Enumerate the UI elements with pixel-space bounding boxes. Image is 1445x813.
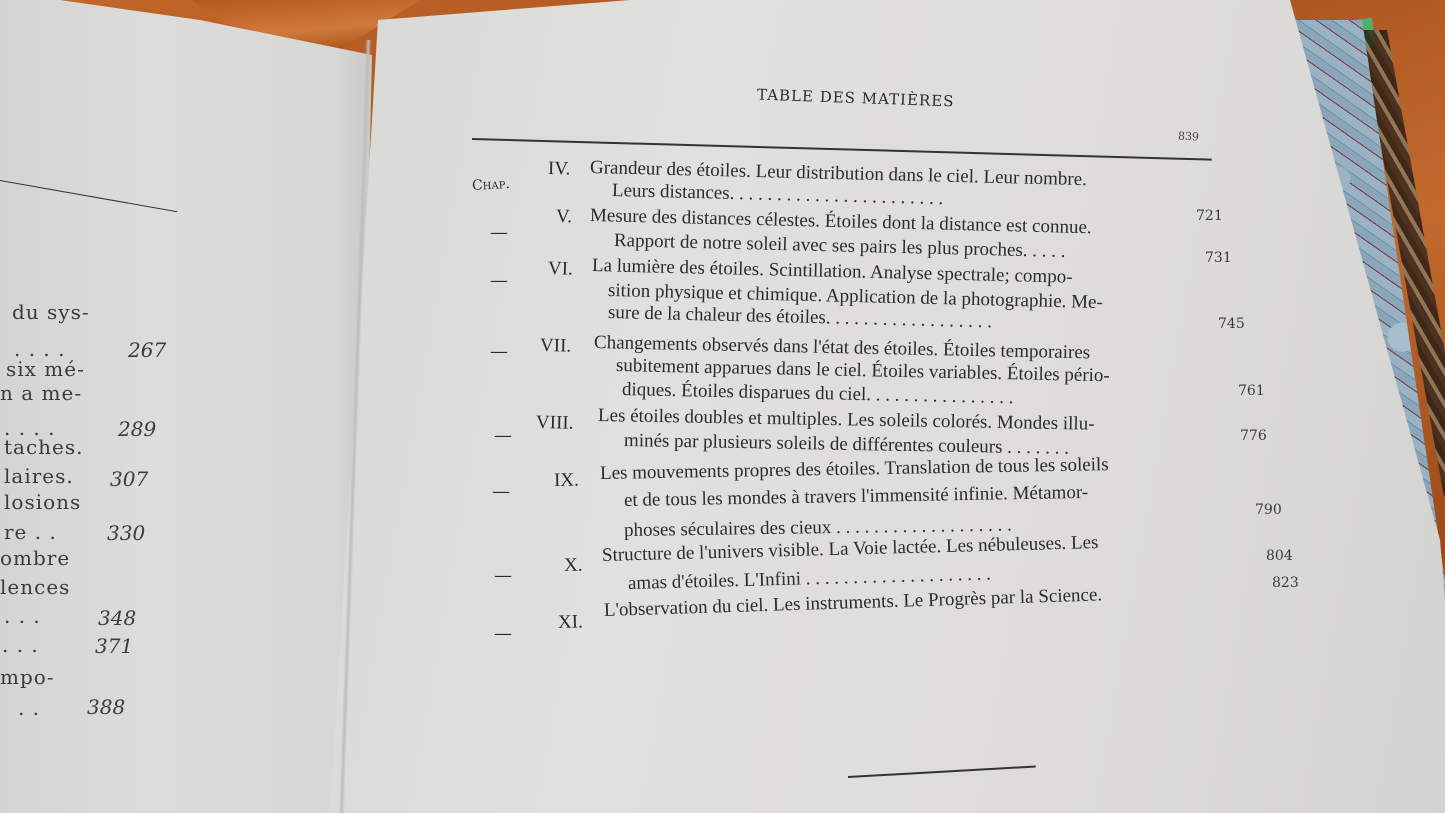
- chapter-page: 823: [1272, 575, 1299, 591]
- left-line: n a me-: [0, 381, 82, 405]
- left-page-number: 289: [118, 417, 156, 441]
- left-line: . .: [18, 696, 40, 720]
- left-page: [0, 0, 372, 813]
- left-line: . . .: [2, 633, 39, 657]
- chapter-number: VI.: [548, 258, 573, 281]
- chap-label: Chap.: [472, 176, 511, 194]
- chapter-page: 731: [1205, 250, 1232, 266]
- left-page-number: 388: [87, 695, 125, 719]
- page-number: 839: [1178, 129, 1200, 143]
- left-page-number: 348: [98, 606, 136, 630]
- left-line: losions: [4, 490, 81, 514]
- dash-mark: —: [494, 425, 512, 446]
- chapter-number: V.: [556, 206, 573, 228]
- dash-mark: —: [494, 565, 512, 586]
- chapter-number: IX.: [554, 470, 579, 492]
- left-page-number: 267: [128, 338, 166, 362]
- chapter-number: XI.: [558, 611, 583, 634]
- left-line: lences: [0, 575, 70, 599]
- chapter-page: 721: [1196, 208, 1223, 224]
- left-line: re . .: [4, 520, 57, 544]
- dash-mark: —: [494, 623, 512, 644]
- chapter-number: IV.: [548, 158, 571, 181]
- left-line: ombre: [0, 546, 70, 570]
- dash-mark: —: [490, 270, 508, 291]
- left-page-number: 307: [110, 467, 148, 491]
- chapter-page: 804: [1266, 548, 1293, 564]
- dash-mark: —: [490, 222, 508, 243]
- chapter-number: VII.: [540, 335, 572, 358]
- dash-mark: —: [492, 481, 510, 502]
- chapter-number: VIII.: [536, 412, 574, 435]
- left-line: laires.: [4, 464, 74, 488]
- chapter-number: X.: [564, 555, 583, 577]
- chapter-page: 761: [1238, 383, 1265, 399]
- left-line: . . .: [4, 604, 41, 628]
- left-line: six mé-: [6, 357, 85, 381]
- left-page-number: 330: [107, 521, 145, 545]
- left-line: taches.: [4, 435, 84, 459]
- left-line: du sys-: [12, 300, 90, 324]
- chapter-page: 776: [1240, 428, 1267, 444]
- chapter-page: 790: [1255, 502, 1282, 518]
- left-page-number: 371: [95, 634, 133, 658]
- left-line: mpo-: [0, 665, 55, 689]
- dash-mark: —: [490, 341, 508, 362]
- chapter-page: 745: [1218, 316, 1245, 332]
